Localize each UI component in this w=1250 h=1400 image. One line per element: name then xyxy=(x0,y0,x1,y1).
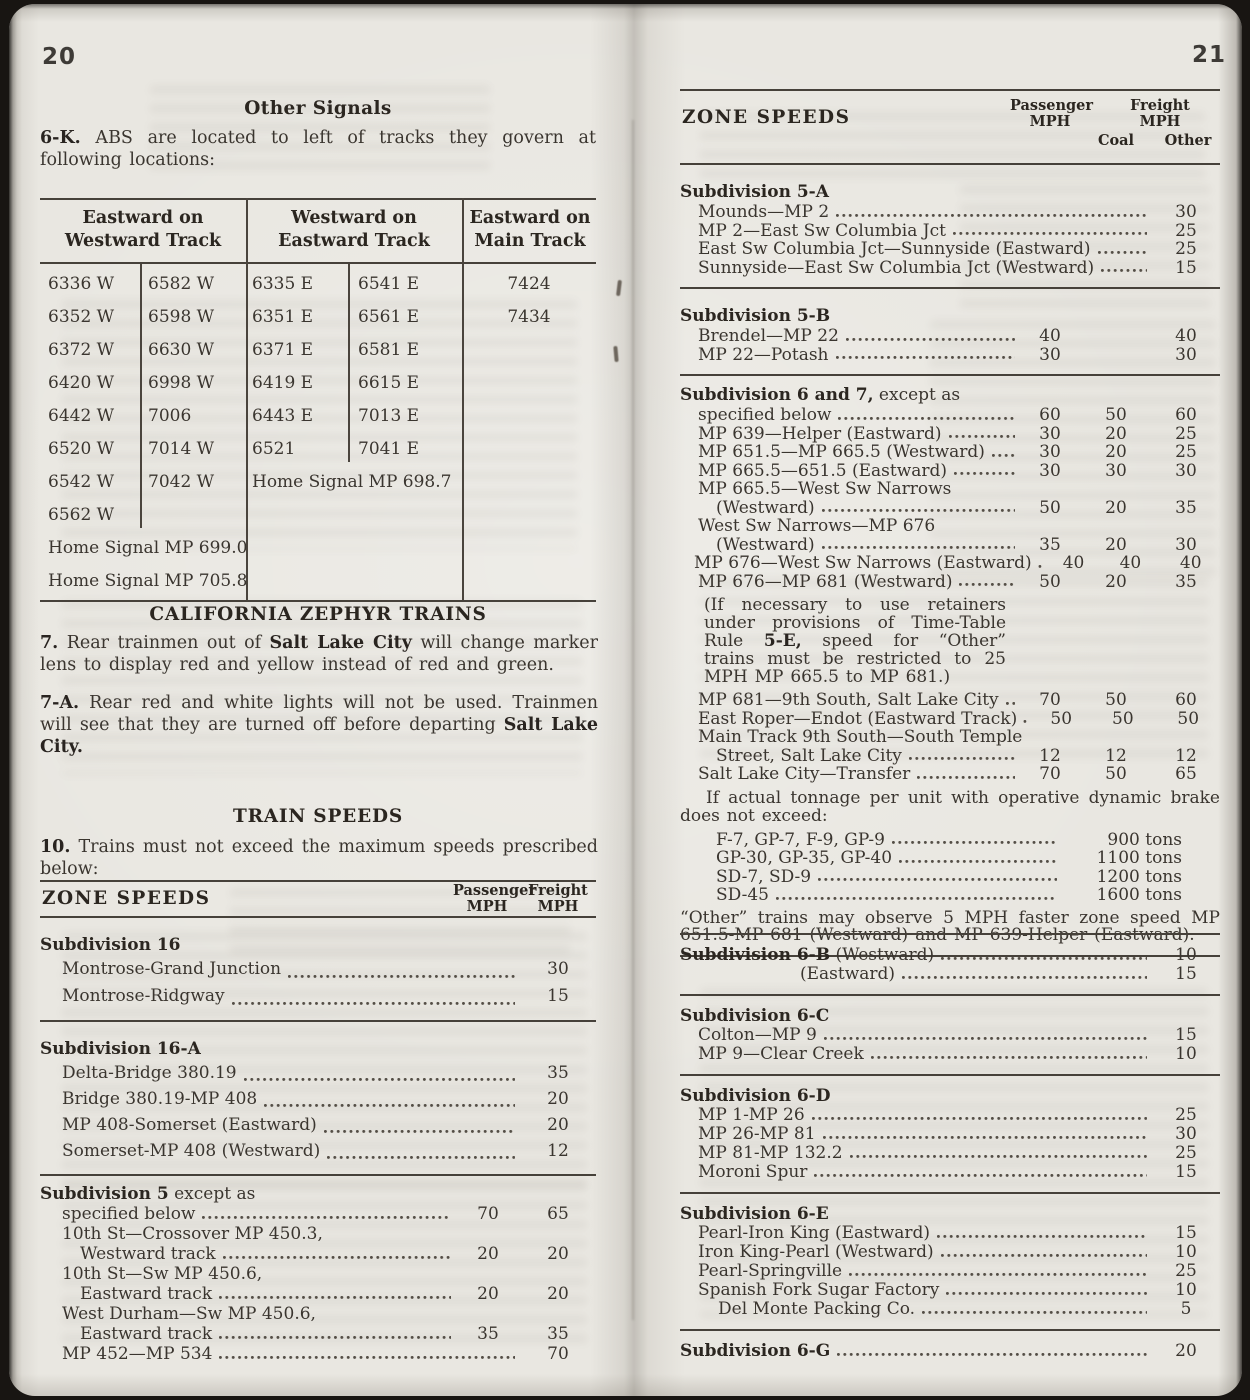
speed-value: 15 xyxy=(520,983,596,1010)
speed-value: 30 xyxy=(520,956,596,983)
signal-cell: 6630 W xyxy=(148,334,244,367)
speed-value: 20 xyxy=(456,1244,520,1264)
dotted-leader xyxy=(847,1262,1147,1281)
speed-row: SD-451600 tons xyxy=(680,886,1220,905)
speed-row: MP 81-MP 132.225 xyxy=(680,1144,1220,1163)
speed-row-label: Bridge 380.19-MP 408 xyxy=(40,1086,257,1112)
speed-value: 70 xyxy=(1020,765,1080,784)
speed-row-label: Delta-Bridge 380.19 xyxy=(40,1060,237,1086)
speed-value: 12 xyxy=(1080,747,1152,766)
speed-value: 20 xyxy=(456,1284,520,1304)
speed-value: 40 xyxy=(1099,554,1161,573)
speed-row: MP 676—MP 681 (Westward)502035 xyxy=(680,573,1220,592)
speed-row: Delta-Bridge 380.1935 xyxy=(40,1060,596,1086)
signal-cell: 6419 E xyxy=(252,367,346,400)
tonnage-value: 900 tons xyxy=(1062,831,1182,850)
california-zephyr-heading: CALIFORNIA ZEPHYR TRAINS xyxy=(40,604,596,625)
speed-row-label: Colton—MP 9 xyxy=(680,1026,817,1045)
other-column-header: Other xyxy=(1156,133,1220,149)
speed-row-label: Westward track xyxy=(40,1244,216,1264)
speed-value: 20 xyxy=(1080,573,1152,592)
dotted-leader xyxy=(230,983,515,1010)
zone-block-subdivision-6-b: Subdivision 6-B (Westward)10(Eastward)15 xyxy=(680,945,1220,996)
speed-row-label: specified below xyxy=(680,406,831,425)
dotted-leader xyxy=(217,1344,515,1364)
signal-cell: 7006 xyxy=(148,400,244,433)
signal-cell: 7041 E xyxy=(358,433,460,466)
speed-value: 30 xyxy=(1020,462,1080,481)
speed-row: Mounds—MP 230 xyxy=(680,203,1220,222)
speed-row: MP 676—West Sw Narrows (Eastward)404040 xyxy=(680,554,1220,573)
dotted-leader xyxy=(835,1341,1147,1361)
dotted-leader xyxy=(897,849,1057,868)
signal-cell: 7013 E xyxy=(358,400,460,433)
dotted-leader xyxy=(957,573,1015,592)
signal-cell: 6443 E xyxy=(252,400,346,433)
zone-block-subdivision-6-e: Subdivision 6-EPearl-Iron King (Eastward… xyxy=(680,1204,1220,1331)
speed-value: 20 xyxy=(1080,536,1152,555)
speed-value: 12 xyxy=(520,1138,596,1164)
dotted-leader xyxy=(990,443,1015,462)
speed-value: 15 xyxy=(1152,1163,1220,1182)
speed-row: MP 22—Potash3030 xyxy=(680,346,1220,365)
zone-speeds-left: ZONE SPEEDS PassengerMPH FreightMPH Subd… xyxy=(40,880,596,1364)
speed-row: F-7, GP-7, F-9, GP-9900 tons xyxy=(680,831,1220,850)
dotted-leader xyxy=(920,1300,1147,1319)
dotted-leader xyxy=(834,346,1015,365)
speed-value: 20 xyxy=(520,1244,596,1264)
speed-row: Bridge 380.19-MP 40820 xyxy=(40,1086,596,1112)
speed-value: 50 xyxy=(1020,499,1080,518)
other-signals-heading: Other Signals xyxy=(40,98,596,119)
dotted-leader xyxy=(844,327,1015,346)
speed-row: SD-7, SD-91200 tons xyxy=(680,868,1220,887)
scanned-timetable-spread: { "left_page": { "page_number": "20", "o… xyxy=(0,0,1250,1400)
speed-value: 60 xyxy=(1152,406,1220,425)
speed-value: 30 xyxy=(1152,203,1220,222)
subdivision-heading: Subdivision 16 xyxy=(40,934,596,956)
speed-row-label: MP 681—9th South, Salt Lake City xyxy=(680,691,999,710)
speed-row-label: MP 651.5—MP 665.5 (Westward) xyxy=(680,443,985,462)
speed-row-label: Iron King-Pearl (Westward) xyxy=(680,1243,934,1262)
speed-value: 65 xyxy=(520,1204,596,1224)
speed-row-label: GP-30, GP-35, GP-40 xyxy=(680,849,892,868)
speed-row-label: Salt Lake City—Transfer xyxy=(680,765,910,784)
signal-cell: 6542 W xyxy=(48,466,140,499)
signal-cell: 6371 E xyxy=(252,334,346,367)
signal-cell: 6998 W xyxy=(148,367,244,400)
speed-value: 10 xyxy=(1152,1281,1220,1300)
speed-value: 70 xyxy=(456,1204,520,1224)
speed-row-continued-label: 10th St—Sw MP 450.6, xyxy=(40,1264,596,1284)
signal-cell: 6336 W xyxy=(48,268,140,301)
speed-row: specified below7065 xyxy=(40,1204,596,1224)
dotted-leader xyxy=(939,945,1147,965)
section-rule xyxy=(680,287,1220,289)
speed-row: Salt Lake City—Transfer705065 xyxy=(680,765,1220,784)
speed-row: Spanish Fork Sugar Factory10 xyxy=(680,1281,1220,1300)
tonnage-value: 1100 tons xyxy=(1062,849,1182,868)
speed-row-label: Somerset-MP 408 (Westward) xyxy=(40,1138,320,1164)
signal-cell: 6351 E xyxy=(252,301,346,334)
speed-row: (Westward)502035 xyxy=(680,499,1220,518)
speed-value: 15 xyxy=(1152,259,1220,278)
speed-row-label: Montrose-Ridgway xyxy=(40,983,225,1010)
speed-value: 25 xyxy=(1152,240,1220,259)
signal-table-header-3: Eastward onMain Track xyxy=(468,207,592,253)
dotted-leader xyxy=(935,1224,1147,1243)
speed-row-label: MP 676—West Sw Narrows (Eastward) xyxy=(680,554,1032,573)
speed-value: 30 xyxy=(1152,462,1220,481)
section-rule xyxy=(680,1329,1220,1331)
speed-row: MP 651.5—MP 665.5 (Westward)302025 xyxy=(680,443,1220,462)
speed-value: 30 xyxy=(1020,346,1080,365)
subdivision-heading-row: Subdivision 6-G20 xyxy=(680,1341,1220,1361)
speed-value: 40 xyxy=(1152,327,1220,346)
zone-speeds-right-lower: Subdivision 6-B (Westward)10(Eastward)15… xyxy=(680,933,1220,1361)
speed-row: MP 1-MP 2625 xyxy=(680,1106,1220,1125)
dotted-leader xyxy=(834,203,1147,222)
signal-cell: 6520 W xyxy=(48,433,140,466)
section-rule xyxy=(680,374,1220,376)
home-signal-cell: Home Signal MP 698.7 xyxy=(252,466,460,499)
zone-speeds-right-header: ZONE SPEEDS PassengerMPH FreightMPH Coal… xyxy=(680,91,1220,163)
speed-row: MP 2—East Sw Columbia Jct25 xyxy=(680,222,1220,241)
dotted-leader xyxy=(221,1244,451,1264)
speed-row: specified below605060 xyxy=(680,406,1220,425)
speed-value: 50 xyxy=(1089,710,1156,729)
zone-block-subdivision-5-b: Subdivision 5-BBrendel—MP 224040MP 22—Po… xyxy=(680,305,1220,376)
speed-value: 25 xyxy=(1152,443,1220,462)
speed-value: 5 xyxy=(1152,1300,1220,1319)
coal-column-header: Coal xyxy=(1084,133,1148,149)
zone-block-subdivision-6-and-7: Subdivision 6 and 7, except asspecified … xyxy=(680,384,1220,957)
speed-row-continued-label: West Durham—Sw MP 450.6, xyxy=(40,1304,596,1324)
speed-value: 20 xyxy=(520,1284,596,1304)
rule-6k-paragraph: 6-K. ABS are located to left of tracks t… xyxy=(40,127,596,171)
signal-cell: 6562 W xyxy=(48,499,140,532)
speed-row-label: Del Monte Packing Co. xyxy=(680,1300,915,1319)
speed-row-label: (Westward) xyxy=(680,536,815,555)
speed-row-label: MP 2—East Sw Columbia Jct xyxy=(680,222,946,241)
subdivision-heading: Subdivision 5-B xyxy=(680,305,1220,327)
speed-row-label: MP 639—Helper (Eastward) xyxy=(680,425,942,444)
speed-value: 20 xyxy=(520,1112,596,1138)
speed-value: 35 xyxy=(1020,536,1080,555)
speed-value: 25 xyxy=(1152,1106,1220,1125)
home-signal-row: Home Signal MP 699.0 xyxy=(48,532,368,565)
subdivision-heading: Subdivision 16-A xyxy=(40,1038,596,1060)
subdivision-heading: Subdivision 6 and 7, except as xyxy=(680,384,1220,406)
dotted-leader xyxy=(200,1204,451,1224)
note-paragraph: (If necessary to use retainers under pro… xyxy=(704,596,1006,686)
speed-value: 35 xyxy=(456,1324,520,1344)
note-paragraph: If actual tonnage per unit with operativ… xyxy=(680,789,1220,826)
speed-row-label: MP 1-MP 26 xyxy=(680,1106,805,1125)
page-number-21: 21 xyxy=(1192,42,1226,68)
signal-table-header-2: Westward onEastward Track xyxy=(254,207,454,253)
speed-row-label: MP 9—Clear Creek xyxy=(680,1045,864,1064)
signal-cell: 6352 W xyxy=(48,301,140,334)
dotted-leader xyxy=(1096,240,1147,259)
speed-row-label: Montrose-Grand Junction xyxy=(40,956,281,983)
speed-row: (Eastward)15 xyxy=(680,965,1220,984)
speed-row: East Sw Columbia Jct—Sunnyside (Eastward… xyxy=(680,240,1220,259)
signal-cell: 6582 W xyxy=(148,268,244,301)
speed-row-label: Pearl-Iron King (Eastward) xyxy=(680,1224,930,1243)
speed-value: 30 xyxy=(1080,462,1152,481)
speed-row-label: Pearl-Springville xyxy=(680,1262,842,1281)
speed-value: 30 xyxy=(1020,443,1080,462)
dotted-leader xyxy=(262,1086,515,1112)
zone-speeds-left-header: ZONE SPEEDS PassengerMPH FreightMPH xyxy=(40,882,596,916)
signal-cell: 7424 xyxy=(464,268,594,301)
speed-value: 40 xyxy=(1020,327,1080,346)
signal-cell: 7042 W xyxy=(148,466,244,499)
dotted-leader xyxy=(1022,710,1028,729)
speed-row: Sunnyside—East Sw Columbia Jct (Westward… xyxy=(680,259,1220,278)
speed-value: 35 xyxy=(520,1060,596,1086)
speed-row-label: specified below xyxy=(40,1204,195,1224)
dotted-leader xyxy=(322,1112,515,1138)
speed-row-label: Moroni Spur xyxy=(680,1163,807,1182)
freight-mph-column-header: FreightMPH xyxy=(521,883,595,914)
speed-value: 25 xyxy=(1152,1262,1220,1281)
dotted-leader xyxy=(286,956,515,983)
zone-speeds-title: ZONE SPEEDS xyxy=(42,888,210,909)
speed-row-label: Spanish Fork Sugar Factory xyxy=(680,1281,939,1300)
speed-row: Colton—MP 915 xyxy=(680,1026,1220,1045)
speed-value: 35 xyxy=(1152,573,1220,592)
speed-value: 40 xyxy=(1048,554,1100,573)
dotted-leader xyxy=(944,1281,1147,1300)
zone-block-subdivision-16: Subdivision 16Montrose-Grand Junction30M… xyxy=(40,934,596,1022)
dotted-leader xyxy=(952,462,1015,481)
speed-value: 10 xyxy=(1152,1243,1220,1262)
speed-row-label: MP 22—Potash xyxy=(680,346,829,365)
zone-speeds-right-upper: ZONE SPEEDS PassengerMPH FreightMPH Coal… xyxy=(680,89,1220,957)
dotted-leader xyxy=(939,1243,1147,1262)
speed-row: Eastward track2020 xyxy=(40,1284,596,1304)
speed-value: 25 xyxy=(1152,222,1220,241)
speed-row-label: MP 452—MP 534 xyxy=(40,1344,212,1364)
speed-row: GP-30, GP-35, GP-401100 tons xyxy=(680,849,1220,868)
zone-block-subdivision-6-d: Subdivision 6-DMP 1-MP 2625MP 26-MP 8130… xyxy=(680,1086,1220,1194)
rule-7-paragraph: 7. Rear trainmen out of Salt Lake City w… xyxy=(40,632,598,676)
dotted-leader xyxy=(821,1125,1147,1144)
tonnage-value: 1600 tons xyxy=(1062,886,1182,905)
signal-cell: 6541 E xyxy=(358,268,460,301)
speed-row-label: MP 26-MP 81 xyxy=(680,1125,816,1144)
speed-row-label: Brendel—MP 22 xyxy=(680,327,839,346)
speed-row: MP 639—Helper (Eastward)302025 xyxy=(680,425,1220,444)
speed-value: 35 xyxy=(520,1324,596,1344)
speed-row: Pearl-Iron King (Eastward)15 xyxy=(680,1224,1220,1243)
speed-value: 20 xyxy=(520,1086,596,1112)
speed-value: 30 xyxy=(1152,1125,1220,1144)
speed-value: 35 xyxy=(1152,499,1220,518)
speed-value: 30 xyxy=(1152,536,1220,555)
tonnage-value: 1200 tons xyxy=(1062,868,1182,887)
signal-cell: 6372 W xyxy=(48,334,140,367)
speed-row-continued-label: West Sw Narrows—MP 676 xyxy=(680,517,1220,536)
speed-row-label: SD-45 xyxy=(680,886,769,905)
speed-value: 20 xyxy=(1080,443,1152,462)
speed-value: 40 xyxy=(1161,554,1220,573)
dotted-leader xyxy=(217,1324,451,1344)
speed-value: 50 xyxy=(1033,710,1089,729)
speed-row: (Westward)352030 xyxy=(680,536,1220,555)
dotted-leader xyxy=(1004,691,1015,710)
speed-value: 50 xyxy=(1080,691,1152,710)
speed-row: Street, Salt Lake City121212 xyxy=(680,747,1220,766)
speed-value: 65 xyxy=(1152,765,1220,784)
speed-value: 25 xyxy=(1152,1144,1220,1163)
dotted-leader xyxy=(812,1163,1147,1182)
speed-row: Eastward track3535 xyxy=(40,1324,596,1344)
subdivision-heading-row: Subdivision 6-B (Westward)10 xyxy=(680,945,1220,965)
dotted-leader xyxy=(907,747,1015,766)
signal-cell: 6335 E xyxy=(252,268,346,301)
speed-row-continued-label: MP 665.5—West Sw Narrows xyxy=(680,480,1220,499)
dotted-leader xyxy=(1037,554,1043,573)
speed-row-label: MP 81-MP 132.2 xyxy=(680,1144,843,1163)
signal-cell: 6442 W xyxy=(48,400,140,433)
rule-10-paragraph: 10. Trains must not exceed the maximum s… xyxy=(40,836,598,880)
speed-value: 12 xyxy=(1152,747,1220,766)
speed-row: Westward track2020 xyxy=(40,1244,596,1264)
speed-row-label: F-7, GP-7, F-9, GP-9 xyxy=(680,831,885,850)
speed-row: East Roper—Endot (Eastward Track)505050 xyxy=(680,710,1220,729)
speed-row: MP 9—Clear Creek10 xyxy=(680,1045,1220,1064)
signal-cell: 6615 E xyxy=(358,367,460,400)
subdivision-heading: Subdivision 5 except as xyxy=(40,1184,596,1204)
dotted-leader xyxy=(869,1045,1147,1064)
speed-row: MP 452—MP 53470 xyxy=(40,1344,596,1364)
page-number-20: 20 xyxy=(42,44,76,70)
signal-cell: 6581 E xyxy=(358,334,460,367)
speed-row: MP 681—9th South, Salt Lake City705060 xyxy=(680,691,1220,710)
speed-value: 60 xyxy=(1152,691,1220,710)
dotted-leader xyxy=(774,886,1057,905)
signal-cell: 6420 W xyxy=(48,367,140,400)
speed-value: 50 xyxy=(1020,573,1080,592)
dotted-leader xyxy=(915,765,1015,784)
speed-value: 50 xyxy=(1156,710,1220,729)
subdivision-heading: Subdivision 6-C xyxy=(680,1006,1220,1026)
passenger-mph-column-header: PassengerMPH xyxy=(1010,98,1090,129)
speed-value: 50 xyxy=(1080,765,1152,784)
signal-cell: 6521 xyxy=(252,433,346,466)
signal-location-table: Eastward onWestward Track Westward onEas… xyxy=(40,198,596,602)
speed-value: 15 xyxy=(1152,1224,1220,1243)
speed-row: Pearl-Springville25 xyxy=(680,1262,1220,1281)
dotted-leader xyxy=(810,1106,1147,1125)
rule-7a-paragraph: 7-A. Rear red and white lights will not … xyxy=(40,692,598,758)
dotted-leader xyxy=(820,536,1015,555)
zone-block-subdivision-16-a: Subdivision 16-ADelta-Bridge 380.1935Bri… xyxy=(40,1038,596,1176)
section-rule xyxy=(680,1192,1220,1194)
signal-cell: 6598 W xyxy=(148,301,244,334)
speed-value: 50 xyxy=(1080,406,1152,425)
speed-value: 20 xyxy=(1152,1341,1220,1361)
dotted-leader xyxy=(820,499,1015,518)
speed-row: Moroni Spur15 xyxy=(680,1163,1220,1182)
dotted-leader xyxy=(822,1026,1147,1045)
passenger-mph-column-header: PassengerMPH xyxy=(453,883,521,914)
speed-row-label: MP 676—MP 681 (Westward) xyxy=(680,573,952,592)
speed-row-label: Eastward track xyxy=(40,1284,212,1304)
speed-row: Somerset-MP 408 (Westward)12 xyxy=(40,1138,596,1164)
train-speeds-heading: TRAIN SPEEDS xyxy=(40,806,596,827)
speed-row: MP 408-Somerset (Eastward)20 xyxy=(40,1112,596,1138)
speed-row-continued-label: 10th St—Crossover MP 450.3, xyxy=(40,1224,596,1244)
subdivision-heading: Subdivision 6-D xyxy=(680,1086,1220,1106)
speed-row: Iron King-Pearl (Westward)10 xyxy=(680,1243,1220,1262)
speed-value: 30 xyxy=(1020,425,1080,444)
speed-row: MP 665.5—651.5 (Eastward)303030 xyxy=(680,462,1220,481)
dotted-leader xyxy=(900,965,1147,984)
speed-row-label: Sunnyside—East Sw Columbia Jct (Westward… xyxy=(680,259,1094,278)
speed-row-label: SD-7, SD-9 xyxy=(680,868,811,887)
zone-speeds-title: ZONE SPEEDS xyxy=(682,107,850,128)
speed-row-label: (Westward) xyxy=(680,499,815,518)
speed-value: 10 xyxy=(1152,1045,1220,1064)
speed-row-continued-label: Main Track 9th South—South Temple xyxy=(680,728,1220,747)
dotted-leader xyxy=(217,1284,451,1304)
speed-row-label: MP 408-Somerset (Eastward) xyxy=(40,1112,317,1138)
dotted-leader xyxy=(325,1138,515,1164)
speed-value: 25 xyxy=(1152,425,1220,444)
zone-block-subdivision-6-g: Subdivision 6-G20 xyxy=(680,1341,1220,1361)
subdivision-heading: Subdivision 5-A xyxy=(680,181,1220,203)
dotted-leader xyxy=(816,868,1057,887)
speed-row-label: Eastward track xyxy=(40,1324,212,1344)
dotted-leader xyxy=(848,1144,1147,1163)
speed-row-label: Street, Salt Lake City xyxy=(680,747,902,766)
speed-value: 10 xyxy=(1152,945,1220,965)
speed-value: 70 xyxy=(520,1344,596,1364)
signal-cell: 6561 E xyxy=(358,301,460,334)
subdivision-heading: Subdivision 6-E xyxy=(680,1204,1220,1224)
dotted-leader xyxy=(890,831,1057,850)
speed-value: 60 xyxy=(1020,406,1080,425)
speed-row: Brendel—MP 224040 xyxy=(680,327,1220,346)
section-rule xyxy=(680,1074,1220,1076)
dotted-leader xyxy=(1099,259,1147,278)
speed-row-label: (Eastward) xyxy=(680,965,895,984)
speed-value: 70 xyxy=(1020,691,1080,710)
section-rule xyxy=(680,994,1220,996)
speed-row-label: East Sw Columbia Jct—Sunnyside (Eastward… xyxy=(680,240,1091,259)
speed-value: 12 xyxy=(1020,747,1080,766)
home-signal-row: Home Signal MP 705.8 xyxy=(48,565,368,598)
dotted-leader xyxy=(242,1060,515,1086)
speed-row: MP 26-MP 8130 xyxy=(680,1125,1220,1144)
speed-value: 15 xyxy=(1152,965,1220,984)
speed-row: Montrose-Ridgway15 xyxy=(40,983,596,1010)
section-rule xyxy=(40,1020,596,1022)
zone-block-subdivision-6-c: Subdivision 6-CColton—MP 915MP 9—Clear C… xyxy=(680,1006,1220,1076)
dotted-leader xyxy=(951,222,1147,241)
zone-block-subdivision-5: Subdivision 5 except asspecified below70… xyxy=(40,1184,596,1364)
dotted-leader xyxy=(947,425,1015,444)
signal-table-header-1: Eastward onWestward Track xyxy=(48,207,238,253)
speed-value: 20 xyxy=(1080,425,1152,444)
speed-row-label: East Roper—Endot (Eastward Track) xyxy=(680,710,1017,729)
speed-row-label: Mounds—MP 2 xyxy=(680,203,829,222)
zone-block-subdivision-5-a: Subdivision 5-AMounds—MP 230MP 2—East Sw… xyxy=(680,181,1220,289)
